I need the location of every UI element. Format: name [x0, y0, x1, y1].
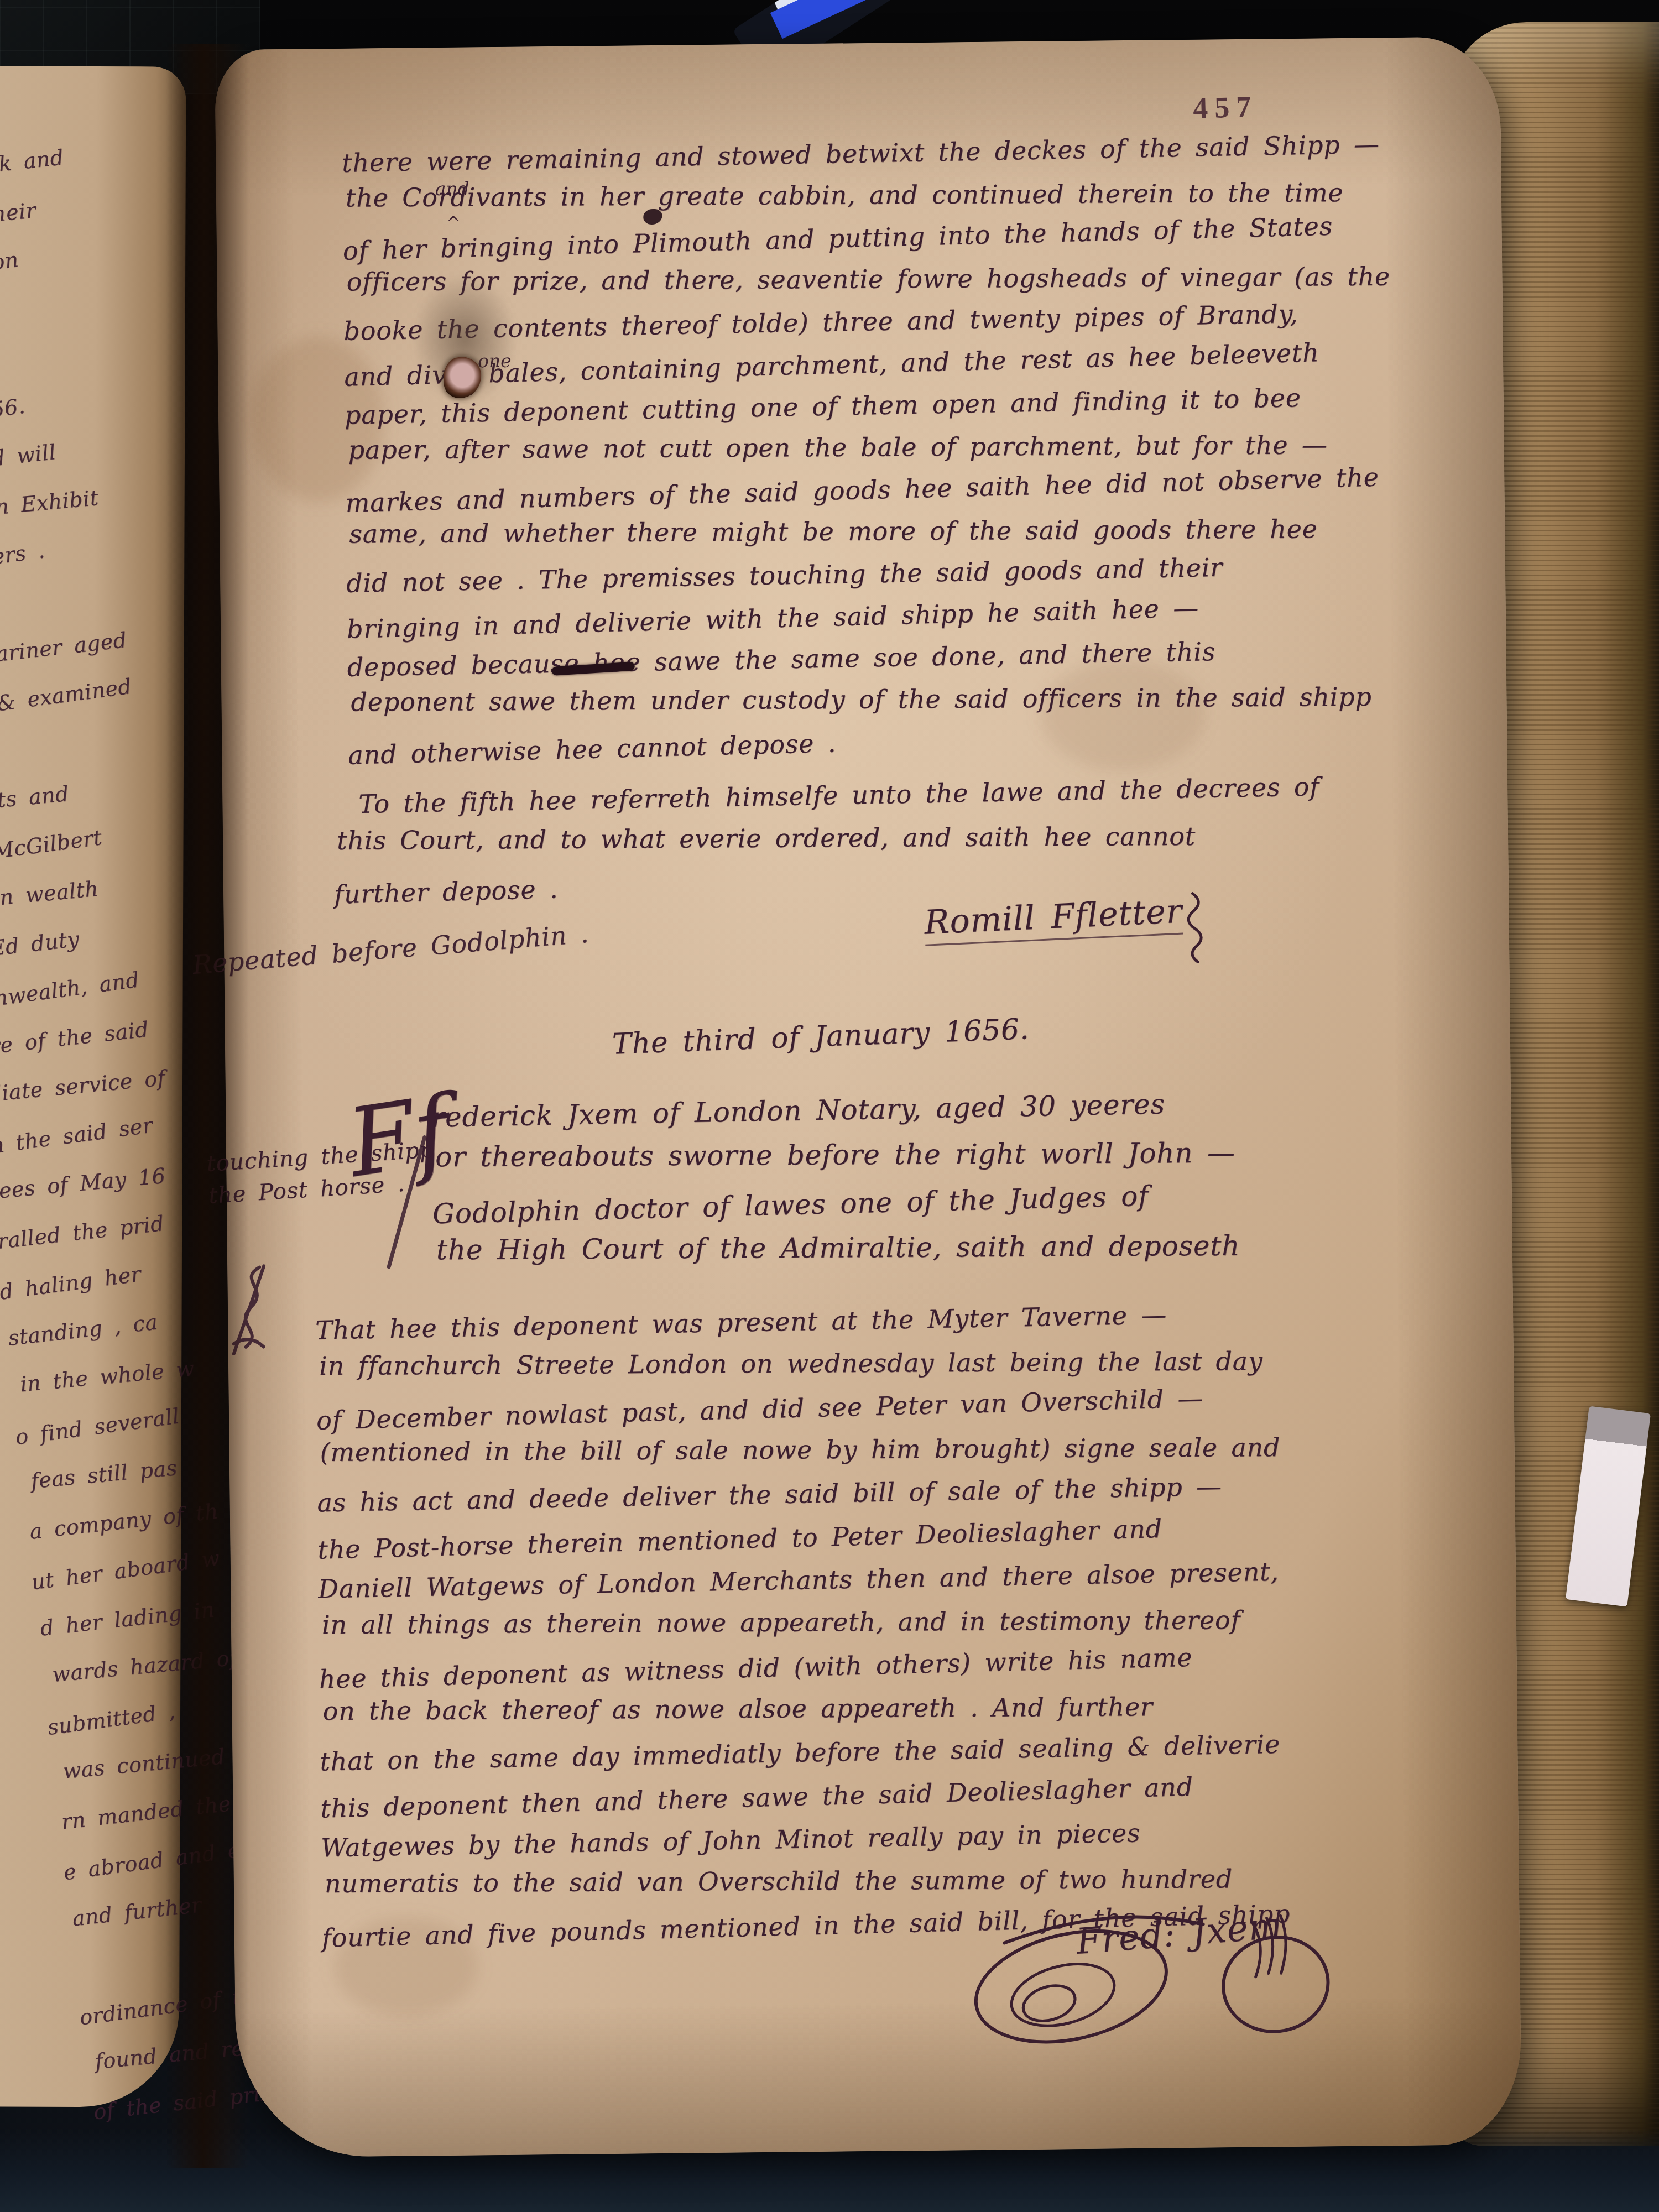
page-number-stamp: 457 — [1192, 90, 1258, 126]
deponent-signature-block: Fred: Jxem — [965, 1889, 1376, 2059]
heading-date: The third of January 1656. — [612, 1013, 1030, 1061]
photograph-of-manuscript-book: twelve cask andfor her theirnid Eightona… — [0, 0, 1659, 2212]
examiner-signature: Romill Ffletter — [924, 891, 1207, 987]
deponent-identification-paragraph: Ff rederick Jxem of London Notary, aged … — [431, 1086, 1484, 1283]
facing-page-partial: twelve cask andfor her theirnid Eightona… — [0, 66, 186, 2107]
signature-flourish-squiggle — [1181, 891, 1207, 975]
deposition-paragraph-2: To the fifth hee referreth himselfe unto… — [333, 774, 1418, 915]
deposition-paragraph-1: there were remaining and stowed betwixt … — [342, 132, 1460, 774]
object-blue-stripe — [770, 0, 878, 39]
book-gutter-shadow — [166, 44, 249, 2168]
handwritten-line: the High Court of the Admiraltie, saith … — [436, 1228, 1487, 1280]
insertion-caret: ^ — [446, 213, 461, 233]
manuscript-page-457: 457 there were remaining and stowed betw… — [215, 36, 1522, 2158]
examined-before-note: Repeated before Godolphin . — [191, 910, 690, 980]
deposition-paragraph-3: That hee this deponent was present at th… — [315, 1299, 1455, 1958]
deponent-identification-lines: rederick Jxem of London Notary, aged 30 … — [431, 1086, 1484, 1283]
interlined-insertion-word: and — [435, 178, 469, 200]
